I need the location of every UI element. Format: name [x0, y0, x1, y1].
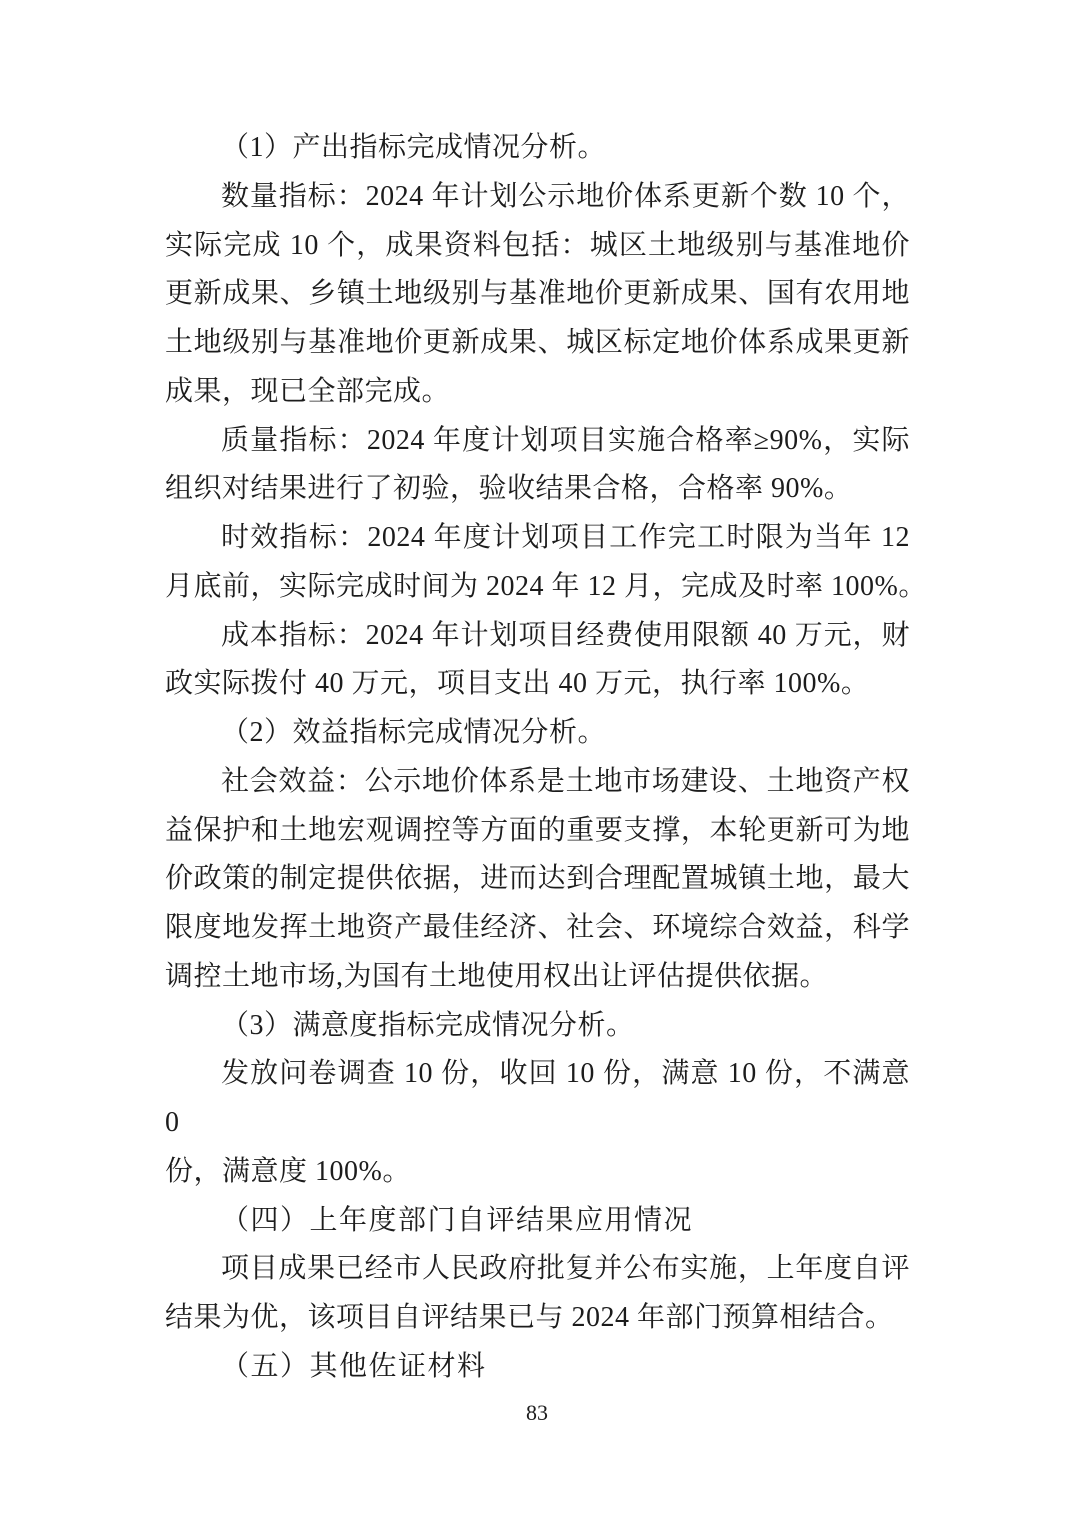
paragraph: （2）效益指标完成情况分析。	[165, 709, 910, 758]
paragraph: （四）上年度部门自评结果应用情况	[165, 1197, 910, 1246]
body-text-line: 组织对结果进行了初验，验收结果合格，合格率 90%。	[165, 465, 910, 514]
paragraph: 数量指标：2024 年计划公示地价体系更新个数 10 个， 实际完成 10 个，…	[165, 173, 910, 417]
body-text-line: 数量指标：2024 年计划公示地价体系更新个数 10 个，	[165, 173, 910, 222]
body-text-line: 成果，现已全部完成。	[165, 368, 910, 417]
body-text-line: 实际完成 10 个，成果资料包括：城区土地级别与基准地价	[165, 222, 910, 271]
body-text-line: 调控土地市场,为国有土地使用权出让评估提供依据。	[165, 953, 910, 1002]
body-text-line: 社会效益：公示地价体系是土地市场建设、土地资产权	[165, 758, 910, 807]
paragraph: 成本指标：2024 年计划项目经费使用限额 40 万元，财 政实际拨付 40 万…	[165, 612, 910, 710]
paragraph: （3）满意度指标完成情况分析。	[165, 1002, 910, 1051]
clause-1-heading: （1）产出指标完成情况分析。	[165, 124, 910, 173]
body-text-line: 益保护和土地宏观调控等方面的重要支撑，本轮更新可为地	[165, 807, 910, 856]
paragraph: （五）其他佐证材料	[165, 1343, 910, 1392]
paragraph: 项目成果已经市人民政府批复并公布实施，上年度自评 结果为优，该项目自评结果已与 …	[165, 1245, 910, 1343]
paragraph: （1）产出指标完成情况分析。	[165, 124, 910, 173]
body-text-line: 限度地发挥土地资产最佳经济、社会、环境综合效益，科学	[165, 904, 910, 953]
clause-2-heading: （2）效益指标完成情况分析。	[165, 709, 910, 758]
clause-3-heading: （3）满意度指标完成情况分析。	[165, 1002, 910, 1051]
paragraph: 时效指标：2024 年度计划项目工作完工时限为当年 12 月底前，实际完成时间为…	[165, 514, 910, 612]
body-text-line: 成本指标：2024 年计划项目经费使用限额 40 万元，财	[165, 612, 910, 661]
document-page: （1）产出指标完成情况分析。 数量指标：2024 年计划公示地价体系更新个数 1…	[0, 0, 1074, 1520]
body-text-line: 更新成果、乡镇土地级别与基准地价更新成果、国有农用地	[165, 270, 910, 319]
body-text-line: 份，满意度 100%。	[165, 1148, 910, 1197]
section-5-heading: （五）其他佐证材料	[165, 1343, 910, 1392]
document-body: （1）产出指标完成情况分析。 数量指标：2024 年计划公示地价体系更新个数 1…	[165, 124, 910, 1392]
paragraph: 质量指标：2024 年度计划项目实施合格率≥90%，实际 组织对结果进行了初验，…	[165, 417, 910, 515]
paragraph: 社会效益：公示地价体系是土地市场建设、土地资产权 益保护和土地宏观调控等方面的重…	[165, 758, 910, 1002]
body-text-line: 项目成果已经市人民政府批复并公布实施，上年度自评	[165, 1245, 910, 1294]
body-text-line: 月底前，实际完成时间为 2024 年 12 月，完成及时率 100%。	[165, 563, 910, 612]
body-text-line: 时效指标：2024 年度计划项目工作完工时限为当年 12	[165, 514, 910, 563]
body-text-line: 结果为优，该项目自评结果已与 2024 年部门预算相结合。	[165, 1294, 910, 1343]
paragraph: 发放问卷调查 10 份，收回 10 份，满意 10 份，不满意 0 份，满意度 …	[165, 1050, 910, 1196]
body-text-line: 质量指标：2024 年度计划项目实施合格率≥90%，实际	[165, 417, 910, 466]
body-text-line: 政实际拨付 40 万元，项目支出 40 万元，执行率 100%。	[165, 660, 910, 709]
body-text-line: 价政策的制定提供依据，进而达到合理配置城镇土地，最大	[165, 855, 910, 904]
body-text-line: 土地级别与基准地价更新成果、城区标定地价体系成果更新	[165, 319, 910, 368]
page-number: 83	[0, 1398, 1074, 1428]
section-4-heading: （四）上年度部门自评结果应用情况	[165, 1197, 910, 1246]
body-text-line: 发放问卷调查 10 份，收回 10 份，满意 10 份，不满意 0	[165, 1050, 910, 1148]
